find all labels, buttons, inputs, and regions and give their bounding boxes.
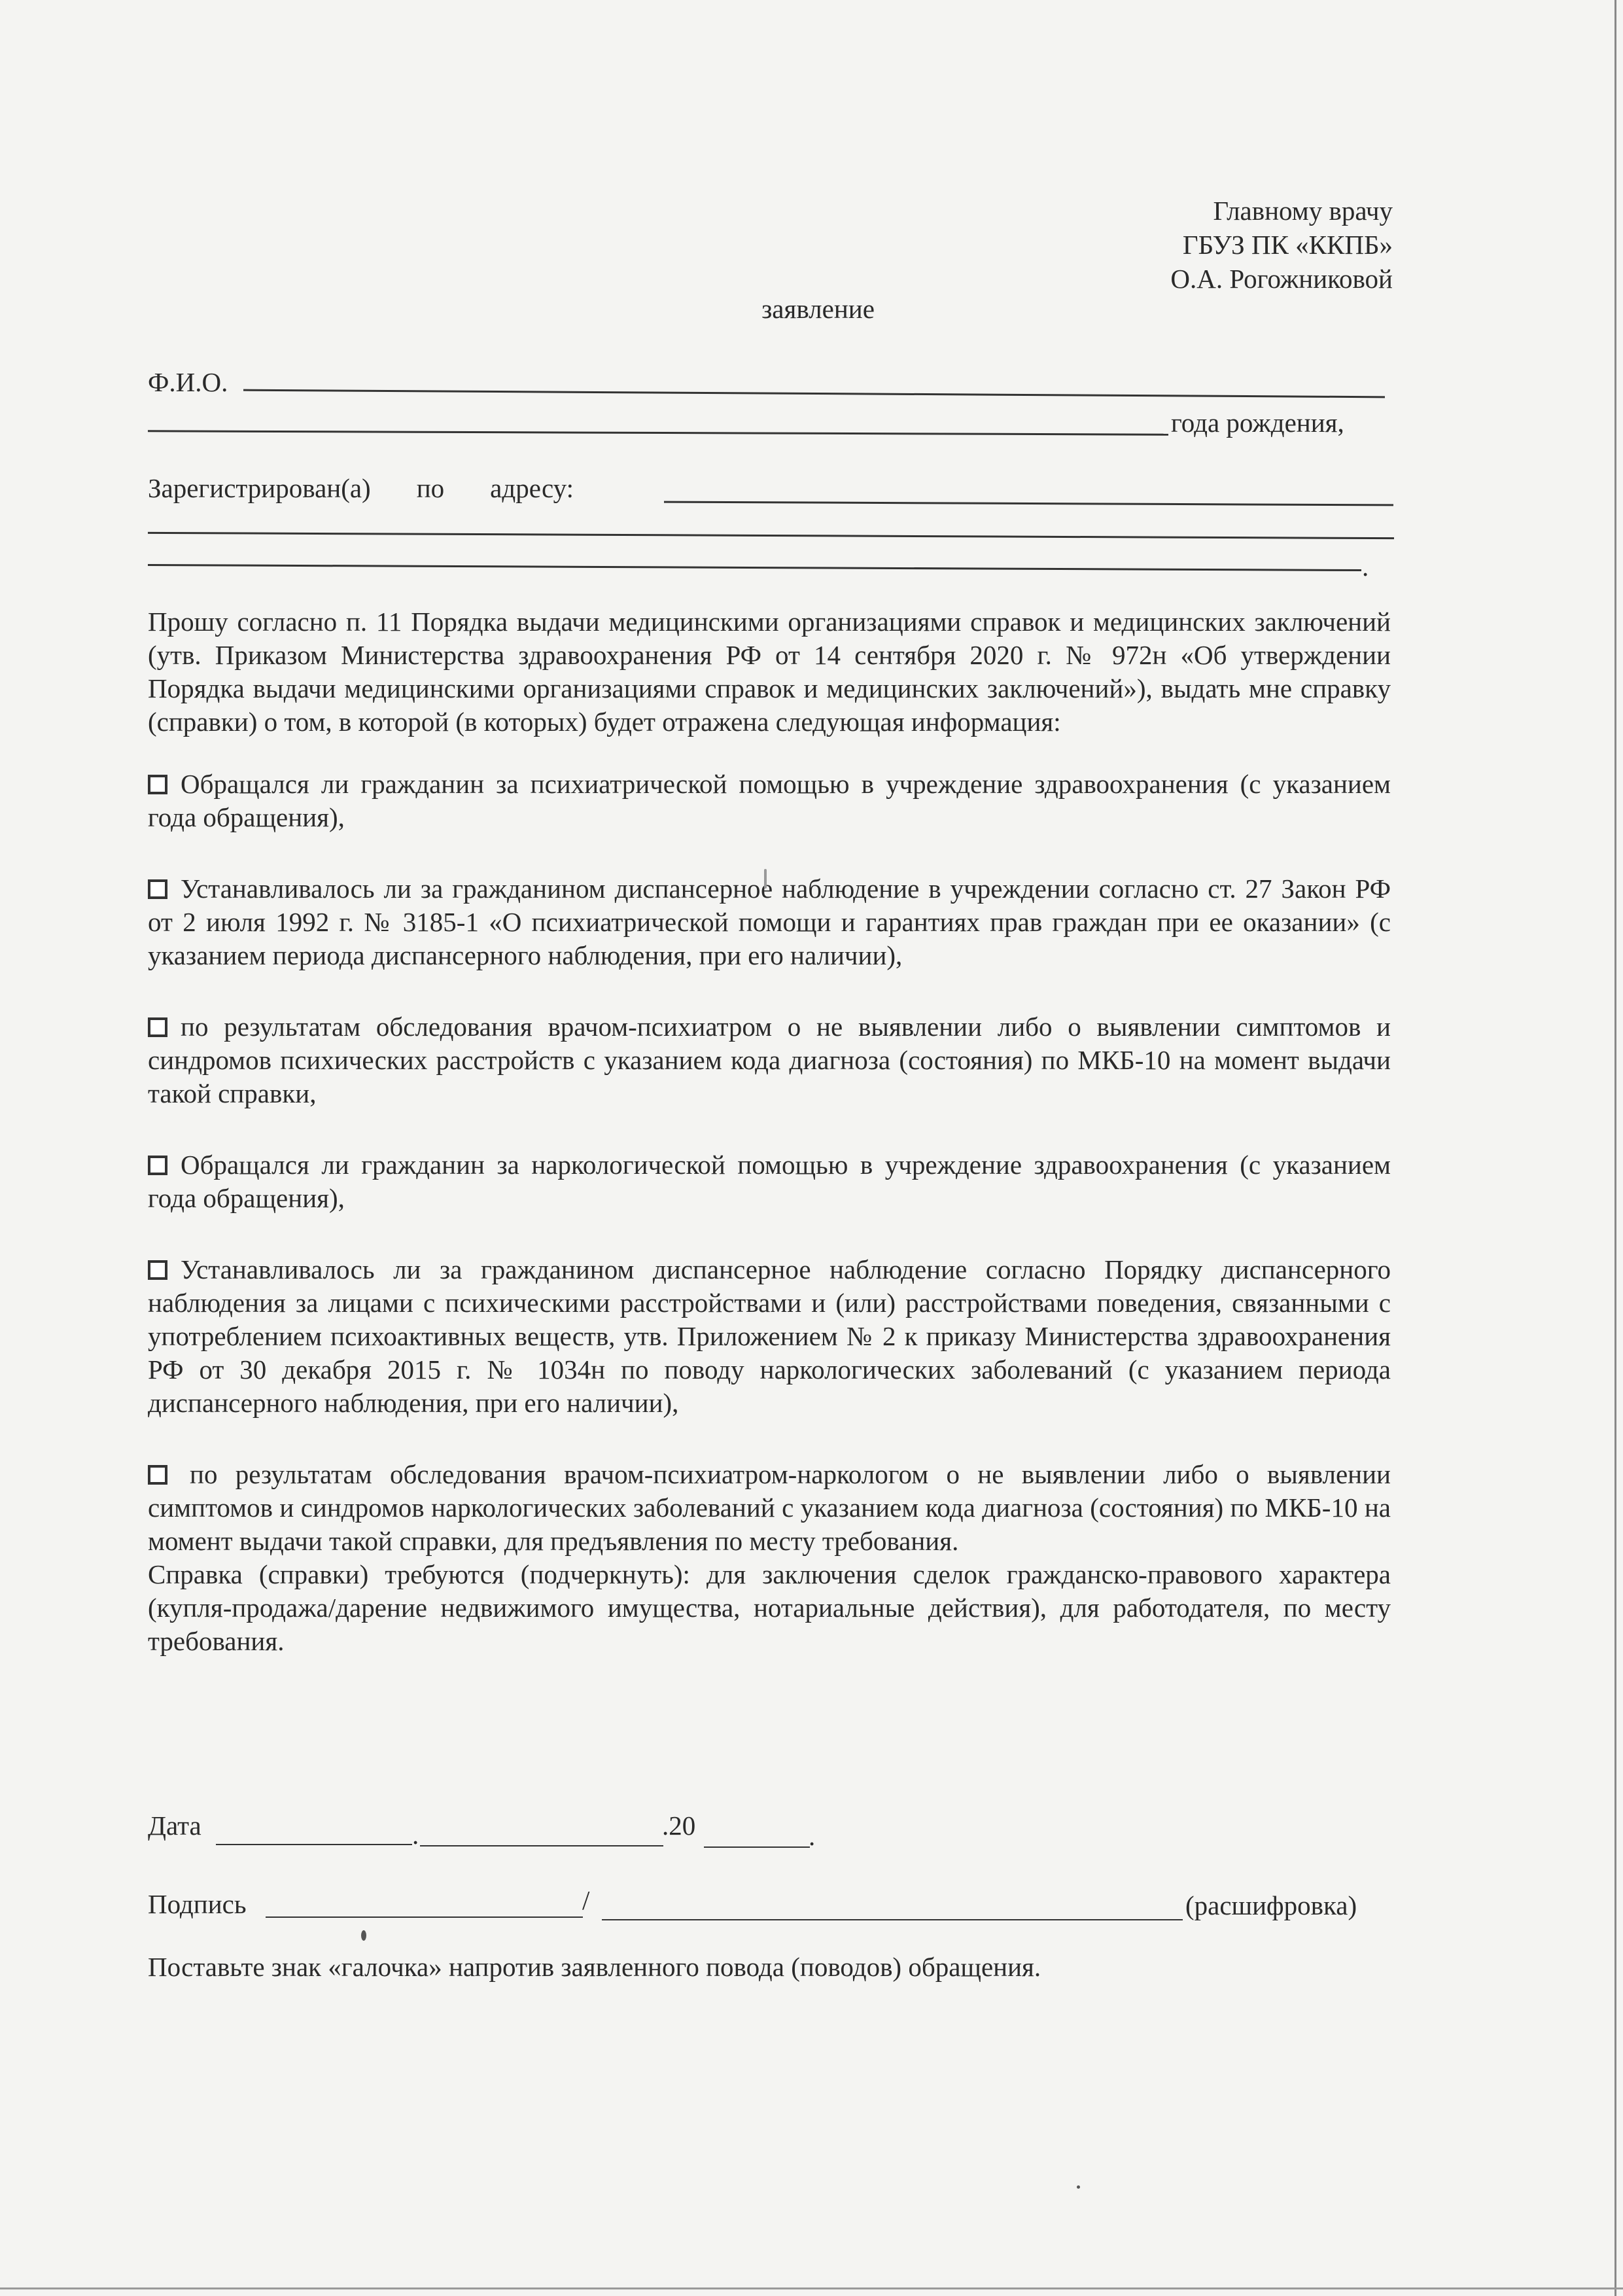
checkbox-narcological-observation[interactable] [148,1260,167,1280]
instruction-note: Поставьте знак «галочка» напротив заявле… [148,1951,1041,1983]
address-input-line-2[interactable] [148,532,1394,539]
date-year-line[interactable] [704,1846,810,1848]
fio-input-line[interactable] [243,389,1385,398]
date-year-prefix: .20 [662,1810,695,1841]
birth-year-label: года рождения, [1171,407,1344,438]
registered-label: Зарегистрирован(а)поадресу: [148,472,574,504]
page-edge [0,2287,1623,2289]
address-end-dot: . [1362,551,1369,582]
date-row: Дата [148,1810,201,1841]
option-narcological-visit: Обращался ли гражданин за наркологическо… [148,1148,1391,1215]
option-psychiatric-visit: Обращался ли гражданин за психиатрическо… [148,768,1391,834]
scan-speck [1077,2185,1080,2189]
application-body: Прошу согласно п. 11 Порядка выдачи меди… [148,605,1391,1658]
page-edge [1614,0,1616,2296]
option-psychiatric-observation: Устанавливалось ли за гражданином диспан… [148,872,1391,972]
address-input-line-3[interactable] [148,564,1361,571]
date-label: Дата [148,1810,201,1841]
address-input-line-1[interactable] [664,501,1393,506]
request-intro: Прошу согласно п. 11 Порядка выдачи меди… [148,605,1391,739]
fio-continuation-line[interactable] [148,430,1168,435]
document-title: заявление [0,293,1623,325]
checkbox-narcological-exam[interactable] [148,1465,167,1485]
checkbox-psychiatric-exam[interactable] [148,1017,167,1037]
signature-line[interactable] [266,1916,583,1918]
scan-speck [361,1930,366,1941]
scan-speck [764,869,767,889]
signature-decode-label: (расшифровка) [1185,1890,1357,1921]
date-separator: . [412,1819,419,1850]
option-narcological-observation: Устанавливалось ли за гражданином диспан… [148,1253,1391,1420]
date-end-dot: . [809,1820,815,1852]
application-form-page: Главному врачу ГБУЗ ПК «ККПБ» О.А. Рогож… [0,0,1623,2296]
addressee-block: Главному врачу ГБУЗ ПК «ККПБ» О.А. Рогож… [1170,194,1393,296]
date-day-line[interactable] [216,1844,412,1845]
signature-label: Подпись [148,1888,247,1920]
signature-decode-line[interactable] [602,1919,1183,1920]
addressee-name: О.А. Рогожниковой [1170,262,1393,296]
addressee-position: Главному врачу [1170,194,1393,228]
purpose-paragraph: Справка (справки) требуются (подчеркнуть… [148,1558,1391,1658]
checkbox-psychiatric-observation[interactable] [148,879,167,899]
date-month-line[interactable] [420,1845,663,1846]
addressee-organization: ГБУЗ ПК «ККПБ» [1170,228,1393,262]
option-psychiatric-exam: по результатам обследования врачом-психи… [148,1010,1391,1110]
fio-label: Ф.И.О. [148,366,228,398]
checkbox-narcological-visit[interactable] [148,1156,167,1175]
checkbox-psychiatric-visit[interactable] [148,775,167,794]
signature-separator: / [582,1884,589,1916]
option-narcological-exam: по результатам обследования врачом-психи… [148,1458,1391,1558]
